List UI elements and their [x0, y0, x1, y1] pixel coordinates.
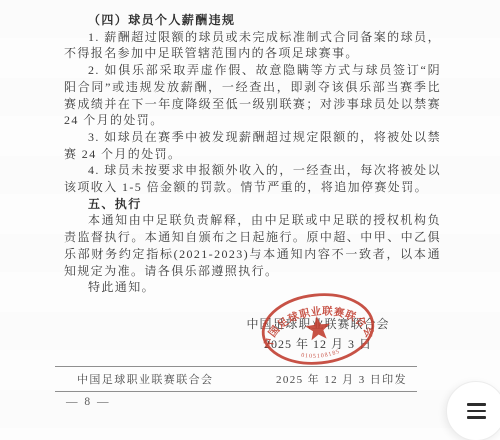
- document-body: （四）球员个人薪酬违规 1. 薪酬超过限额的球员或未完成标准制式合同备案的球员，…: [64, 12, 441, 296]
- paragraph-4: 4. 球员未按要求申报额外收入的，一经查出，每次将被处以该项收入 1-5 倍金额…: [64, 162, 441, 195]
- menu-icon: [467, 401, 486, 421]
- signature-organization: 中国足球职业联赛联合会: [238, 314, 398, 334]
- paragraph-1: 1. 薪酬超过限额的球员或未完成标准制式合同备案的球员，不得报名参加中足联管辖范…: [64, 29, 441, 62]
- signature-date: 2025 年 12 月 3 日: [238, 334, 398, 354]
- signature-block: 中国足球职业联赛联合会 2025 年 12 月 3 日: [238, 314, 398, 354]
- document-footer: 中国足球职业联赛联合会 2025 年 12 月 3 日印发: [55, 366, 417, 392]
- footer-issuer: 中国足球职业联赛联合会: [77, 371, 213, 387]
- page-number: — 8 —: [66, 396, 111, 408]
- section-heading: （四）球员个人薪酬违规: [64, 12, 441, 29]
- paragraph-3: 3. 如球员在赛季中被发现薪酬超过规定限额的，将被处以禁赛 24 个月的处罚。: [64, 129, 441, 162]
- menu-button[interactable]: [446, 381, 500, 440]
- footer-print-date: 2025 年 12 月 3 日印发: [276, 371, 407, 387]
- document-page: （四）球员个人薪酬违规 1. 薪酬超过限额的球员或未完成标准制式合同备案的球员，…: [0, 0, 500, 440]
- closing-line: 特此通知。: [64, 279, 441, 296]
- execution-paragraph: 本通知由中足联负责解释，由中足联或中足联的授权机构负责监督执行。本通知自颁布之日…: [64, 212, 441, 279]
- paragraph-2: 2. 如俱乐部采取弄虚作假、故意隐瞒等方式与球员签订“阴阳合同”或违规发放薪酬，…: [64, 62, 441, 129]
- subsection-heading: 五、执行: [64, 196, 441, 213]
